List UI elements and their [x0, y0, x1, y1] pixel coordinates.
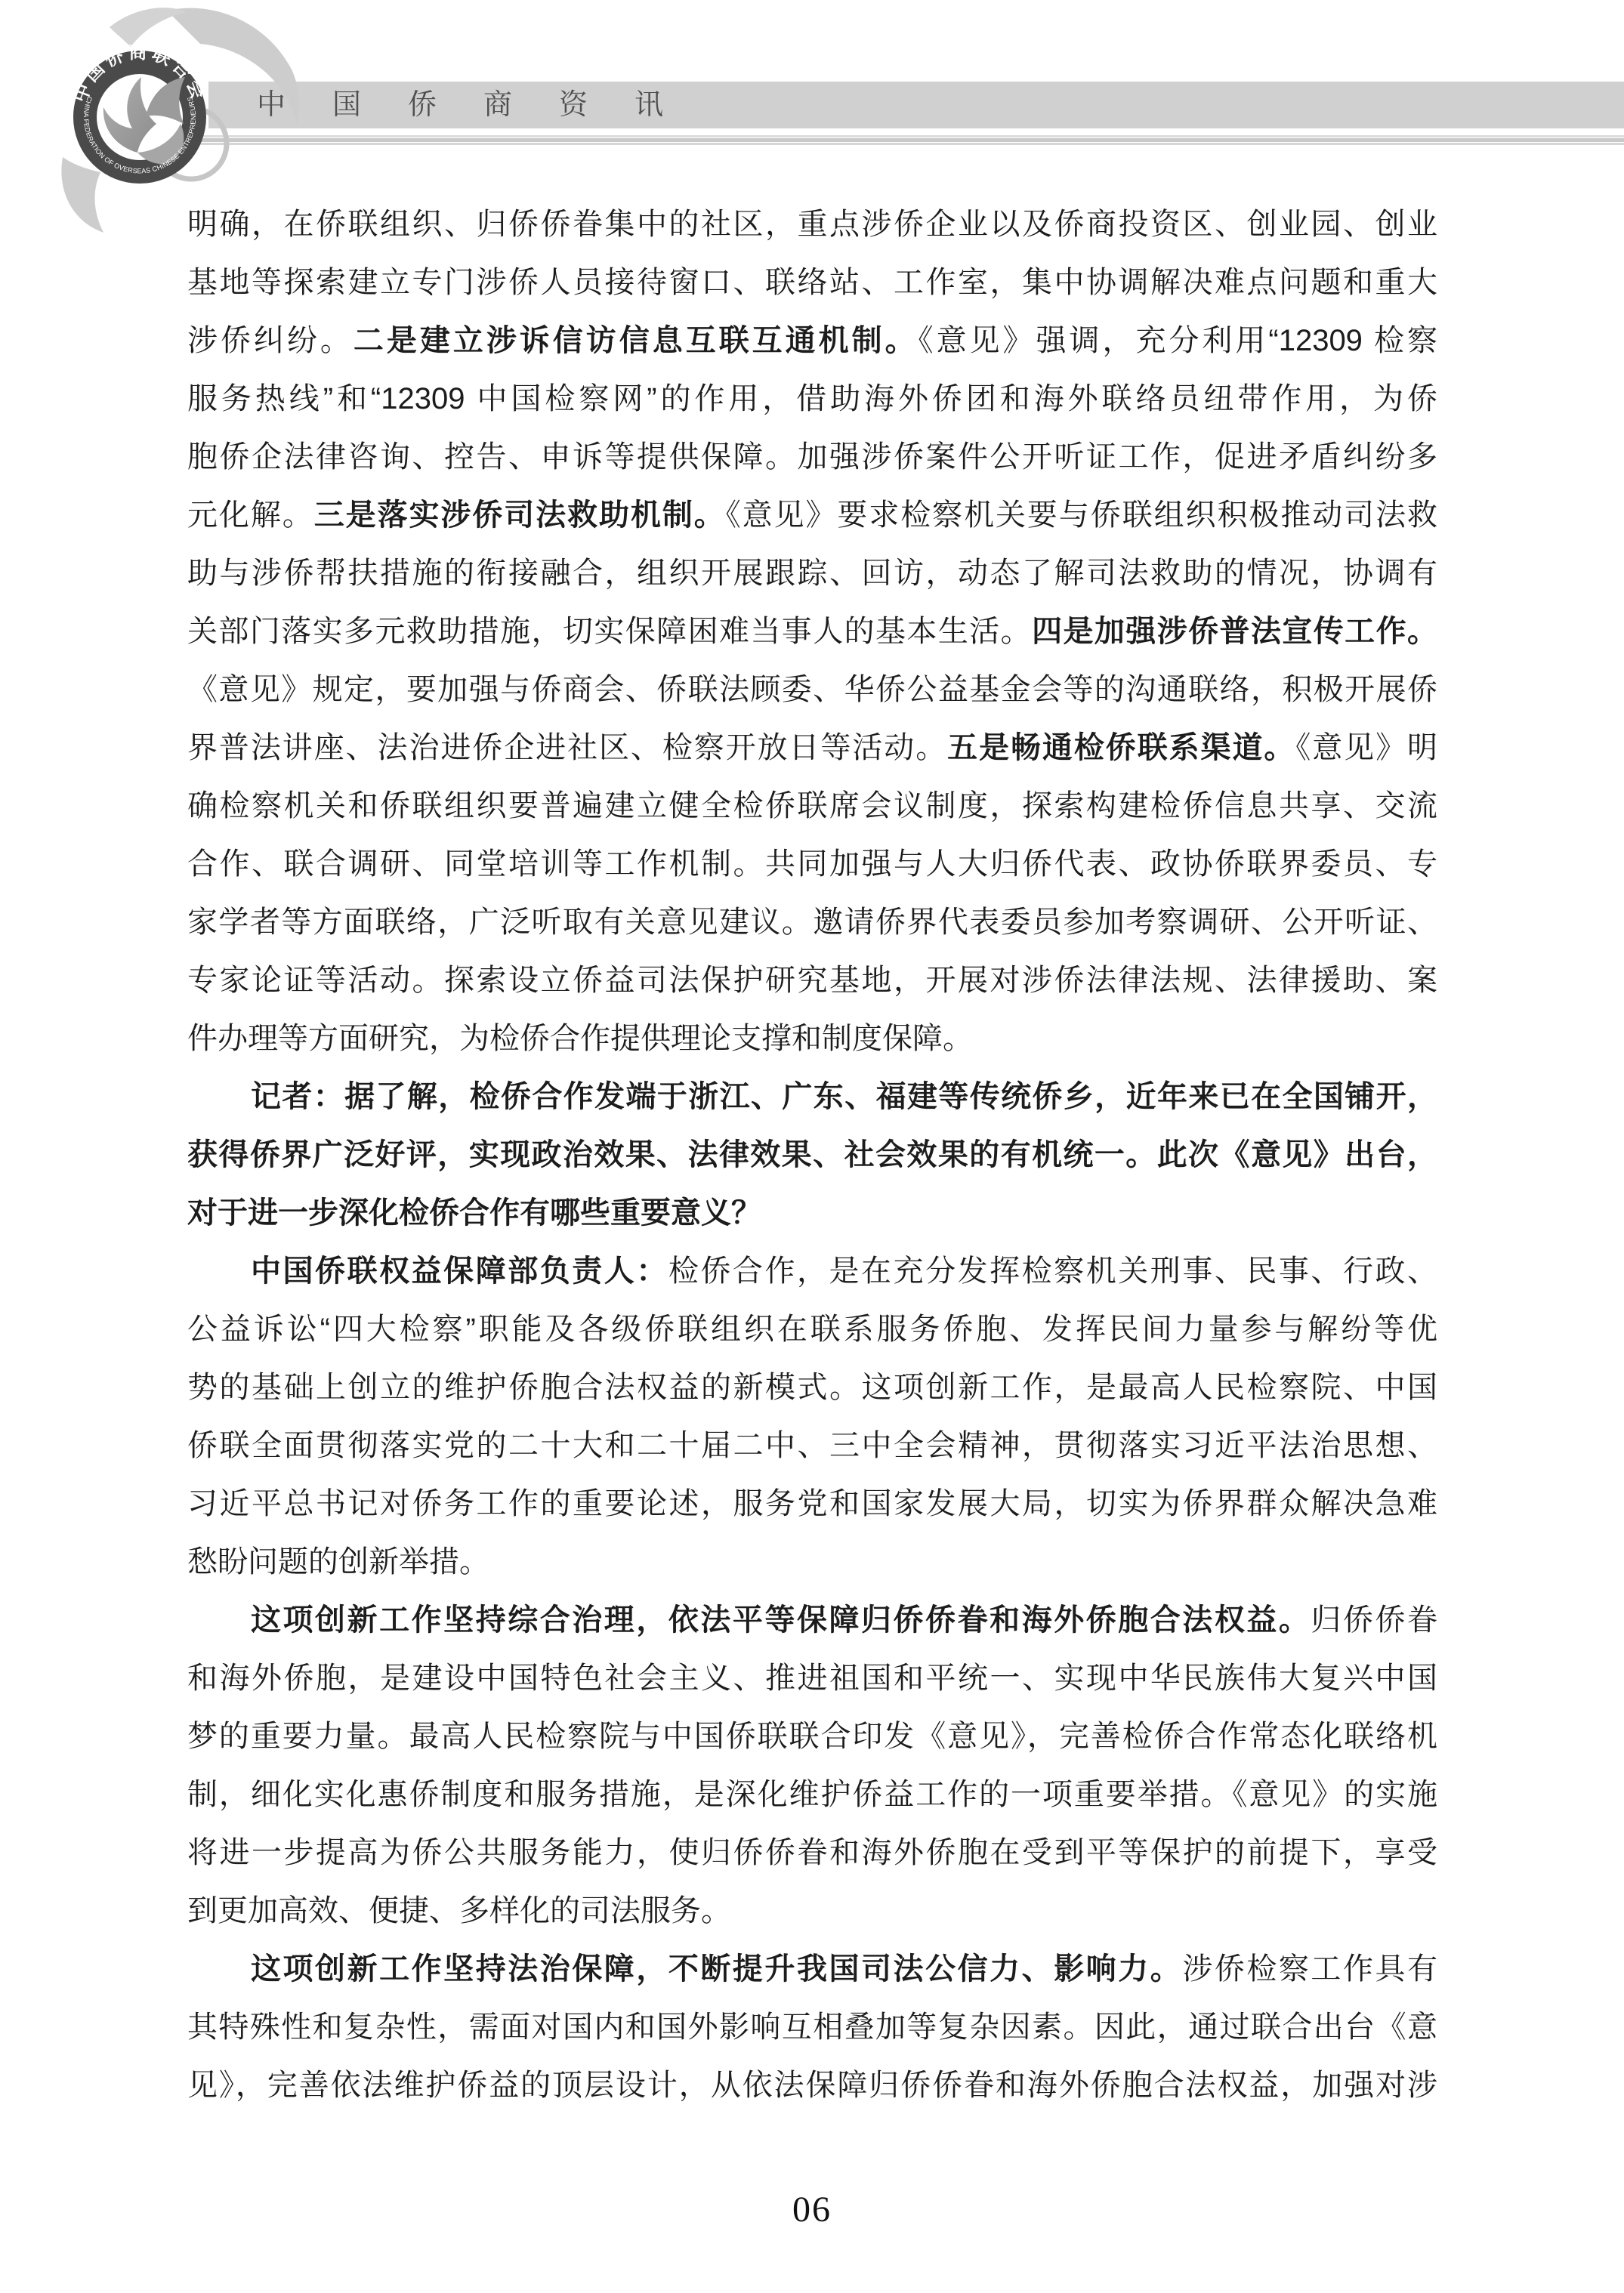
bold-text-segment: 三是落实涉侨司法救助机制。 [314, 498, 726, 532]
text-line: 将进一步提高为侨公共服务能力，使归侨侨眷和海外侨胞在受到平等保护的前提下，享受 [187, 1824, 1437, 1882]
text-segment: 基地等探索建立专门涉侨人员接待窗口、联络站、工作室，集中协调解决难点问题和重大 [187, 266, 1437, 299]
text-segment: 界普法讲座、法治进侨企进社区、检察开放日等活动。 [187, 731, 947, 764]
text-segment: 涉侨纠纷。 [187, 324, 354, 357]
text-segment: 检侨合作，是在充分发挥检察机关刑事、民事、行政、 [668, 1255, 1437, 1288]
text-segment: 《意见》明 [1295, 731, 1437, 764]
text-line: 愁盼问题的创新举措。 [187, 1533, 1437, 1591]
bold-text-segment: 这项创新工作坚持法治保障，不断提升我国司法公信力、影响力。 [251, 1952, 1182, 1986]
text-line: 记者：据了解，检侨合作发端于浙江、广东、福建等传统侨乡，近年来已在全国铺开， [187, 1068, 1437, 1126]
bold-text-segment: 获得侨界广泛好评，实现政治效果、法律效果、社会效果的有机统一。此次《意见》出台， [187, 1138, 1437, 1171]
header-banner: 中国侨商资讯 [208, 82, 1624, 128]
text-line: 梦的重要力量。最高人民检察院与中国侨联联合印发《意见》，完善检侨合作常态化联络机 [187, 1708, 1437, 1766]
document-page: 中国侨商资讯 [0, 0, 1624, 2293]
text-segment: 公益诉讼“四大检察”职能及各级侨联组织在联系服务侨胞、发挥民间力量参与解纷等优 [187, 1313, 1437, 1346]
text-line: 习近平总书记对侨务工作的重要论述，服务党和国家发展大局，切实为侨界群众解决急难 [187, 1475, 1437, 1533]
bold-text-segment: 这项创新工作坚持综合治理，依法平等保障归侨侨眷和海外侨胞合法权益。 [251, 1603, 1311, 1637]
text-segment: 助与涉侨帮扶措施的衔接融合，组织开展跟踪、回访，动态了解司法救助的情况，协调有 [187, 557, 1437, 590]
text-line: 这项创新工作坚持综合治理，依法平等保障归侨侨眷和海外侨胞合法权益。归侨侨眷 [187, 1591, 1437, 1650]
text-segment: 其特殊性和复杂性，需面对国内和国外影响互相叠加等复杂因素。因此，通过联合出台《意 [187, 2011, 1437, 2044]
swirl-shape [61, 157, 103, 233]
text-segment: 关部门落实多元救助措施，切实保障困难当事人的基本生活。 [187, 615, 1032, 648]
stripe [193, 143, 1624, 145]
text-segment: 愁盼问题的创新举措。 [187, 1545, 489, 1579]
text-segment: 专家论证等活动。探索设立侨益司法保护研究基地，开展对涉侨法律法规、法律援助、案 [187, 964, 1437, 997]
banner-stripes [193, 135, 1624, 145]
text-segment: 将进一步提高为侨公共服务能力，使归侨侨眷和海外侨胞在受到平等保护的前提下，享受 [187, 1836, 1437, 1869]
text-segment: 归侨侨眷 [1311, 1603, 1437, 1637]
text-line: 涉侨纠纷。二是建立涉诉信访信息互联互通机制。《意见》强调，充分利用“12309 … [187, 312, 1437, 370]
text-line: 对于进一步深化检侨合作有哪些重要意义？ [187, 1184, 1437, 1242]
text-segment: 服务热线”和“12309 中国检察网”的作用，借助海外侨团和海外联络员纽带作用，… [187, 382, 1437, 415]
text-line: 确检察机关和侨联组织要普遍建立健全检侨联席会议制度，探索构建检侨信息共享、交流 [187, 777, 1437, 835]
text-line: 基地等探索建立专门涉侨人员接待窗口、联络站、工作室，集中协调解决难点问题和重大 [187, 254, 1437, 312]
bold-text-segment: 对于进一步深化检侨合作有哪些重要意义？ [187, 1196, 761, 1230]
text-segment: 习近平总书记对侨务工作的重要论述，服务党和国家发展大局，切实为侨界群众解决急难 [187, 1487, 1437, 1520]
text-line: 胞侨企法律咨询、控告、申诉等提供保障。加强涉侨案件公开听证工作，促进矛盾纠纷多 [187, 428, 1437, 486]
text-segment: 见》，完善依法维护侨益的顶层设计，从依法保障归侨侨眷和海外侨胞合法权益，加强对涉 [187, 2069, 1437, 2102]
text-line: 服务热线”和“12309 中国检察网”的作用，借助海外侨团和海外联络员纽带作用，… [187, 370, 1437, 428]
text-segment: 梦的重要力量。最高人民检察院与中国侨联联合印发《意见》，完善检侨合作常态化联络机 [187, 1720, 1437, 1753]
text-segment: 势的基础上创立的维护侨胞合法权益的新模式。这项创新工作，是最高人民检察院、中国 [187, 1371, 1437, 1404]
text-line: 制，细化实化惠侨制度和服务措施，是深化维护侨益工作的一项重要举措。《意见》的实施 [187, 1766, 1437, 1824]
text-line: 助与涉侨帮扶措施的衔接融合，组织开展跟踪、回访，动态了解司法救助的情况，协调有 [187, 545, 1437, 603]
bold-text-segment: 记者：据了解，检侨合作发端于浙江、广东、福建等传统侨乡，近年来已在全国铺开， [251, 1080, 1437, 1113]
text-line: 合作、联合调研、同堂培训等工作机制。共同加强与人大归侨代表、政协侨联界委员、专 [187, 835, 1437, 893]
text-segment: 胞侨企法律咨询、控告、申诉等提供保障。加强涉侨案件公开听证工作，促进矛盾纠纷多 [187, 440, 1437, 474]
text-line: 专家论证等活动。探索设立侨益司法保护研究基地，开展对涉侨法律法规、法律援助、案 [187, 952, 1437, 1010]
stripe [193, 135, 1624, 137]
text-segment: 侨联全面贯彻落实党的二十大和二十届二中、三中全会精神，贯彻落实习近平法治思想、 [187, 1429, 1437, 1462]
text-segment: 《意见》强调，充分利用“12309 检察 [919, 324, 1437, 357]
text-line: 件办理等方面研究，为检侨合作提供理论支撑和制度保障。 [187, 1010, 1437, 1068]
text-line: 明确，在侨联组织、归侨侨眷集中的社区，重点涉侨企业以及侨商投资区、创业园、创业 [187, 196, 1437, 254]
stripe [193, 138, 1624, 142]
text-segment: 《意见》要求检察机关要与侨联组织积极推动司法救 [726, 498, 1437, 532]
text-segment: 件办理等方面研究，为检侨合作提供理论支撑和制度保障。 [187, 1022, 973, 1055]
text-segment: 涉侨检察工作具有 [1182, 1952, 1437, 1986]
bold-text-segment: 二是建立涉诉信访信息互联互通机制。 [354, 324, 919, 357]
swirl-shape [110, 8, 187, 47]
text-line: 界普法讲座、法治进侨企进社区、检察开放日等活动。五是畅通检侨联系渠道。《意见》明 [187, 719, 1437, 777]
page-number: 06 [0, 2189, 1624, 2230]
text-segment: 制，细化实化惠侨制度和服务措施，是深化维护侨益工作的一项重要举措。《意见》的实施 [187, 1778, 1437, 1811]
text-line: 侨联全面贯彻落实党的二十大和二十届二中、三中全会精神，贯彻落实习近平法治思想、 [187, 1417, 1437, 1475]
text-line: 关部门落实多元救助措施，切实保障困难当事人的基本生活。四是加强涉侨普法宣传工作。 [187, 603, 1437, 661]
text-line: 《意见》规定，要加强与侨商会、侨联法顾委、华侨公益基金会等的沟通联络，积极开展侨 [187, 661, 1437, 719]
text-segment: 《意见》规定，要加强与侨商会、侨联法顾委、华侨公益基金会等的沟通联络，积极开展侨 [187, 673, 1437, 706]
text-line: 公益诉讼“四大检察”职能及各级侨联组织在联系服务侨胞、发挥民间力量参与解纷等优 [187, 1301, 1437, 1359]
text-line: 家学者等方面联络，广泛听取有关意见建议。邀请侨界代表委员参加考察调研、公开听证、 [187, 893, 1437, 952]
text-segment: 和海外侨胞，是建设中国特色社会主义、推进祖国和平统一、实现中华民族伟大复兴中国 [187, 1662, 1437, 1695]
text-line: 元化解。三是落实涉侨司法救助机制。《意见》要求检察机关要与侨联组织积极推动司法救 [187, 486, 1437, 545]
text-segment: 合作、联合调研、同堂培训等工作机制。共同加强与人大归侨代表、政协侨联界委员、专 [187, 847, 1437, 881]
text-segment: 确检察机关和侨联组织要普遍建立健全检侨联席会议制度，探索构建检侨信息共享、交流 [187, 789, 1437, 822]
bold-text-segment: 中国侨联权益保障部负责人： [251, 1255, 668, 1288]
text-line: 和海外侨胞，是建设中国特色社会主义、推进祖国和平统一、实现中华民族伟大复兴中国 [187, 1650, 1437, 1708]
text-segment: 到更加高效、便捷、多样化的司法服务。 [187, 1894, 731, 1927]
bold-text-segment: 五是畅通检侨联系渠道。 [947, 731, 1295, 764]
text-segment: 家学者等方面联络，广泛听取有关意见建议。邀请侨界代表委员参加考察调研、公开听证、 [187, 906, 1437, 939]
text-segment: 明确，在侨联组织、归侨侨眷集中的社区，重点涉侨企业以及侨商投资区、创业园、创业 [187, 208, 1437, 241]
text-line: 获得侨界广泛好评，实现政治效果、法律效果、社会效果的有机统一。此次《意见》出台， [187, 1126, 1437, 1184]
text-line: 势的基础上创立的维护侨胞合法权益的新模式。这项创新工作，是最高人民检察院、中国 [187, 1359, 1437, 1417]
text-line: 见》，完善依法维护侨益的顶层设计，从依法保障归侨侨眷和海外侨胞合法权益，加强对涉 [187, 2057, 1437, 2115]
text-line: 中国侨联权益保障部负责人：检侨合作，是在充分发挥检察机关刑事、民事、行政、 [187, 1242, 1437, 1301]
text-segment: 元化解。 [187, 498, 314, 532]
article-body: 明确，在侨联组织、归侨侨眷集中的社区，重点涉侨企业以及侨商投资区、创业园、创业基… [187, 196, 1437, 2115]
text-line: 其特殊性和复杂性，需面对国内和国外影响互相叠加等复杂因素。因此，通过联合出台《意 [187, 1998, 1437, 2057]
bold-text-segment: 四是加强涉侨普法宣传工作。 [1032, 615, 1437, 648]
text-line: 这项创新工作坚持法治保障，不断提升我国司法公信力、影响力。涉侨检察工作具有 [187, 1940, 1437, 1998]
text-line: 到更加高效、便捷、多样化的司法服务。 [187, 1882, 1437, 1940]
